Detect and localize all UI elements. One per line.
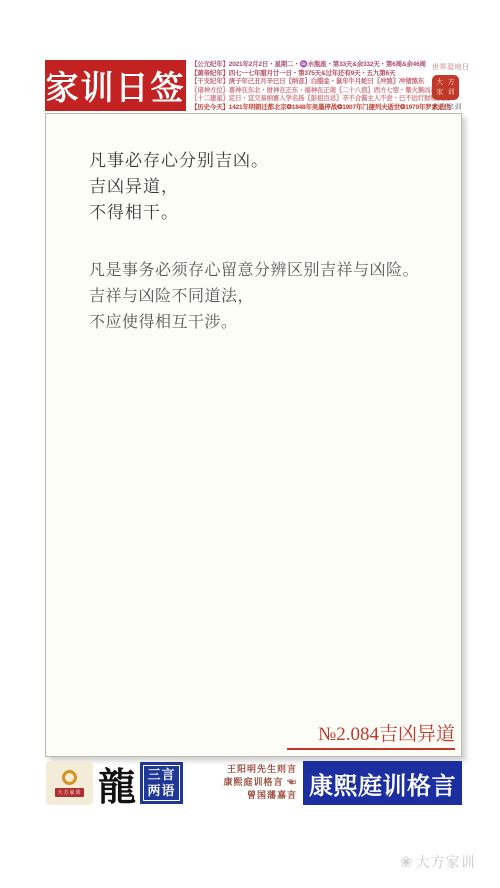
main-title-logo: 康熙庭训格言	[303, 761, 462, 805]
dragon-calligraphy-icon: 龍	[97, 760, 137, 806]
seal-char: 方	[446, 78, 458, 87]
almanac-line-history-today: 【历史今天】1421年明朝迁都北京❂1848年美墨停战❂1907年门捷列夫逝世❂…	[191, 104, 435, 112]
seal-caption: 大方家训	[432, 102, 492, 112]
holiday-label: 世界湿地日	[432, 62, 492, 72]
seal-char: 训	[446, 88, 458, 97]
brand-mini-label: 大方家训	[55, 788, 83, 797]
almanac-line-yellow-emperor: 【黄帝纪年】四七一七年腊月廿一日・第375天&过年还有9天・五九第6天	[191, 70, 435, 78]
almanac-line-gods-directions: 〖诸神方位〗喜神在东北・财神在正东・福神在正南〖二十八宿〗西方七宿・觜火猴凶星	[191, 87, 435, 95]
masthead: 家训日签	[45, 60, 186, 111]
series-item: 王阳明先生则言	[157, 763, 297, 776]
holiday-seal-block: 世界湿地日 大 方 家 训 大方家训	[432, 62, 492, 112]
translation-line: 不应使得相互干涉。	[89, 310, 419, 336]
translation-text: 凡是事务必须存心留意分辨区别吉祥与凶险。 吉祥与凶险不同道法， 不应使得相互干涉…	[89, 258, 419, 336]
almanac-line-twelve-stars: 〖十二建星〗定日・宜交易纳畜入学名扬〖彭祖百忌〗辛不合酱主人不尝・巳不远行财物伏…	[191, 95, 435, 103]
watermark-label: 大方家训	[416, 852, 476, 872]
brand-logo: 大方家训	[46, 761, 93, 805]
watermark: ❀ 大方家训	[400, 852, 476, 872]
quote-line: 凡事必存心分别吉凶。	[89, 148, 269, 174]
almanac-line-ganzhi: 【干支纪年】庚子年己丑月辛巳日〖纳音〗白腊金・鼠年牛月蛇日〖冲煞〗冲猪煞东	[191, 78, 435, 86]
translation-line: 凡是事务必须存心留意分辨区别吉祥与凶险。	[89, 258, 419, 284]
quote-text: 凡事必存心分别吉凶。 吉凶异道， 不得相干。	[89, 148, 269, 226]
brand-ring-icon	[62, 770, 77, 785]
translation-line: 吉祥与凶险不同道法，	[89, 284, 419, 310]
main-title-logo-text: 康熙庭训格言	[309, 766, 456, 801]
series-item-current: 康熙庭训格言 ☜	[157, 776, 297, 789]
seal-char: 家	[434, 88, 446, 97]
seal-char: 大	[434, 78, 446, 87]
almanac-block: 【公元纪年】2021年2月2日・星期二・♒水瓶座・第33天&余332天・第6周&…	[191, 61, 435, 112]
daily-sign-poster: 家训日签 【公元纪年】2021年2月2日・星期二・♒水瓶座・第33天&余332天…	[0, 0, 500, 888]
issue-number-tag: №2.084吉凶异道	[287, 719, 455, 750]
quote-line: 吉凶异道，	[89, 174, 269, 200]
series-item: 曾国藩嘉言	[157, 789, 297, 802]
footer-bar: 大方家训 龍 三言 两语 王阳明先生则言 康熙庭训格言 ☜ 曾国藩嘉言 张英聪训…	[45, 760, 462, 806]
quote-line: 不得相干。	[89, 200, 269, 226]
almanac-line-gregorian: 【公元纪年】2021年2月2日・星期二・♒水瓶座・第33天&余332天・第6周&…	[191, 61, 435, 69]
quote-card: 凡事必存心分别吉凶。 吉凶异道， 不得相干。 凡是事务必须存心留意分辨区别吉祥与…	[45, 113, 462, 757]
flower-icon: ❀	[400, 853, 414, 871]
red-seal-icon: 大 方 家 训	[432, 75, 459, 100]
page-title: 家训日签	[46, 62, 186, 109]
series-list-left: 王阳明先生则言 康熙庭训格言 ☜ 曾国藩嘉言	[157, 763, 297, 802]
